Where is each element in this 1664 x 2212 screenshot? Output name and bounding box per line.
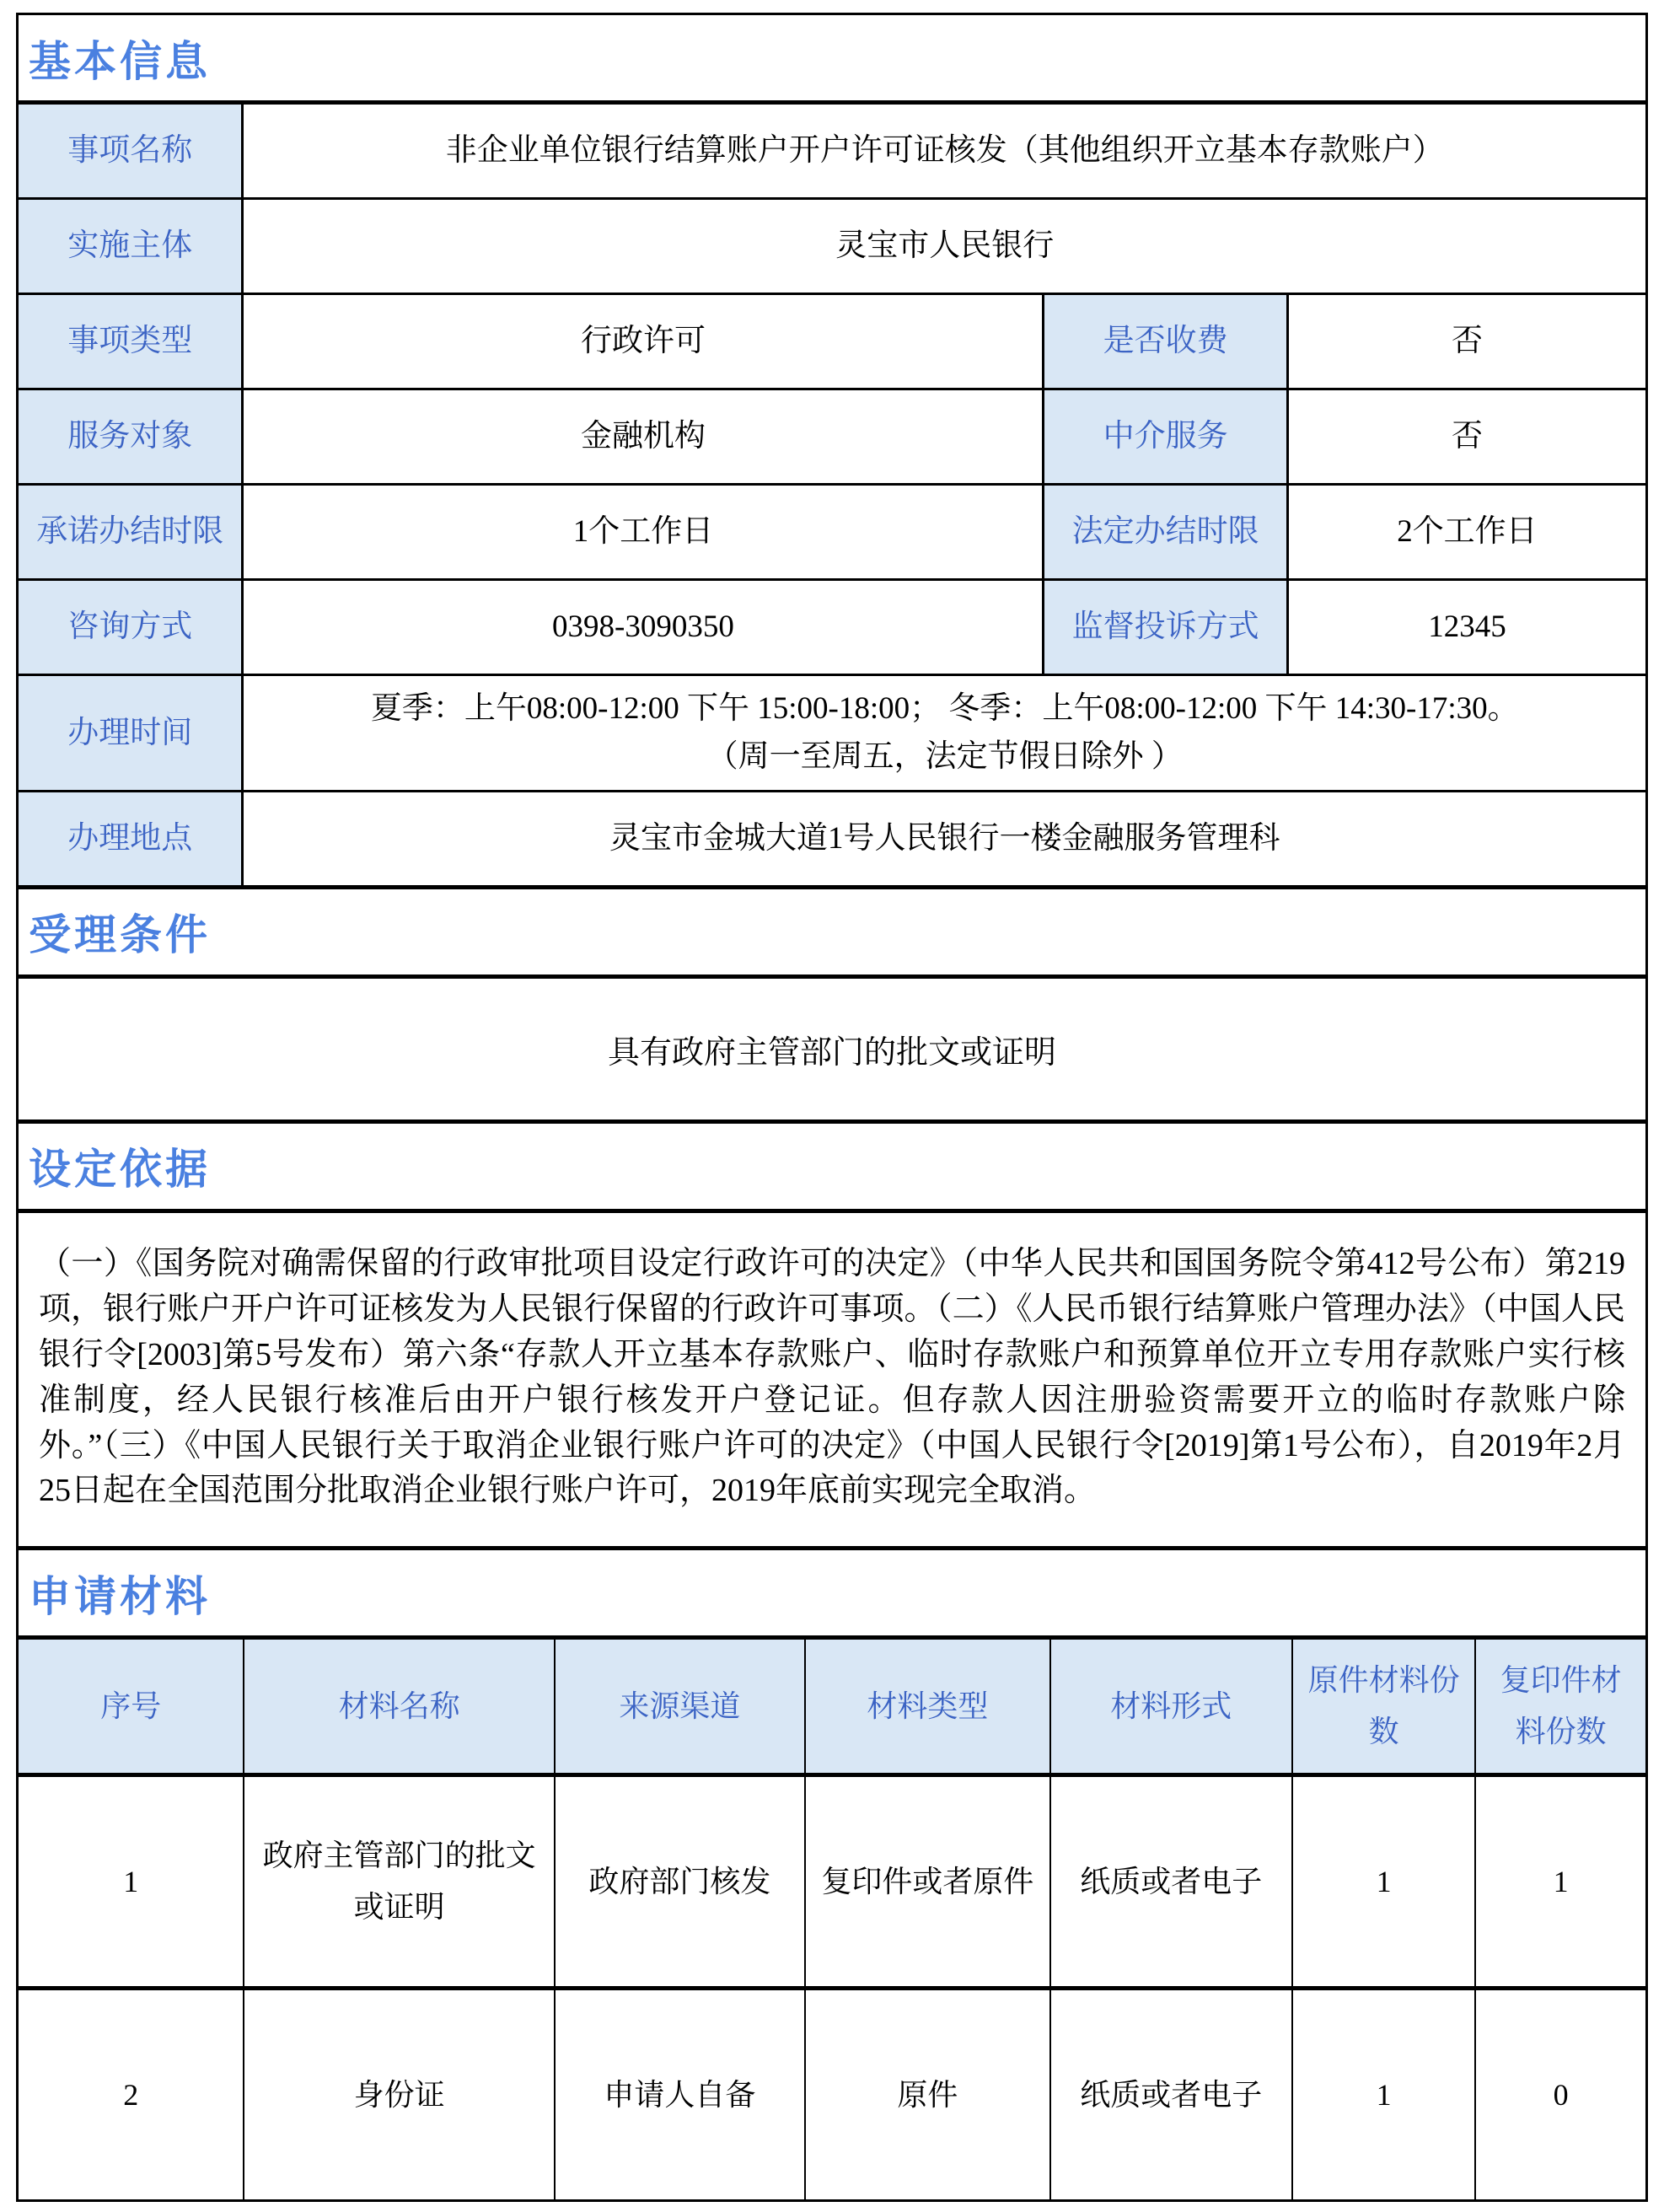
fee-label: 是否收费 xyxy=(1044,295,1289,388)
material-2-duplicate-copies: 0 xyxy=(1476,1990,1645,2199)
intermediary-service-label: 中介服务 xyxy=(1044,390,1289,483)
material-2-source: 申请人自备 xyxy=(556,1990,806,2199)
row-contact: 咨询方式 0398-3090350 监督投诉方式 12345 xyxy=(19,581,1645,676)
materials-title: 申请材料 xyxy=(29,1563,211,1624)
section-heading-basic-info: 基本信息 xyxy=(19,15,1645,105)
material-1-type: 复印件或者原件 xyxy=(806,1777,1050,1986)
service-target-label: 服务对象 xyxy=(19,390,244,483)
implementer-value: 灵宝市人民银行 xyxy=(244,200,1645,293)
fee-value: 否 xyxy=(1289,295,1645,388)
basis-content: （一）《国务院对确需保留的行政审批项目设定行政许可的决定》（中华人民共和国国务院… xyxy=(19,1213,1645,1551)
material-2-type: 原件 xyxy=(806,1990,1050,2199)
statutory-time-label: 法定办结时限 xyxy=(1044,486,1289,578)
item-name-value: 非企业单位银行结算账户开户许可证核发（其他组织开立基本存款账户） xyxy=(244,105,1645,197)
statutory-time-value: 2个工作日 xyxy=(1289,486,1645,578)
item-type-value: 行政许可 xyxy=(244,295,1044,388)
row-time-limits: 承诺办结时限 1个工作日 法定办结时限 2个工作日 xyxy=(19,486,1645,581)
implementer-label: 实施主体 xyxy=(19,200,244,293)
material-1-duplicate-copies: 1 xyxy=(1476,1777,1645,1986)
office-hours-label: 办理时间 xyxy=(19,676,244,790)
promised-time-value: 1个工作日 xyxy=(244,486,1044,578)
acceptance-title: 受理条件 xyxy=(29,901,211,962)
material-1-name: 政府主管部门的批文或证明 xyxy=(244,1777,555,1986)
section-heading-basis: 设定依据 xyxy=(19,1124,1645,1213)
materials-header-type: 材料类型 xyxy=(806,1640,1050,1773)
office-hours-line2: （周一至周五，法定节假日除外 ） xyxy=(707,733,1183,781)
acceptance-content: 具有政府主管部门的批文或证明 xyxy=(19,979,1645,1124)
section-heading-materials: 申请材料 xyxy=(19,1550,1645,1640)
item-name-label: 事项名称 xyxy=(19,105,244,197)
item-type-label: 事项类型 xyxy=(19,295,244,388)
service-info-document: 基本信息 事项名称 非企业单位银行结算账户开户许可证核发（其他组织开立基本存款账… xyxy=(16,13,1648,2202)
material-1-original-copies: 1 xyxy=(1293,1777,1477,1986)
material-1-index: 1 xyxy=(19,1777,244,1986)
material-2-original-copies: 1 xyxy=(1293,1990,1477,2199)
section-heading-acceptance: 受理条件 xyxy=(19,889,1645,979)
basic-info-title: 基本信息 xyxy=(29,28,211,89)
service-target-value: 金融机构 xyxy=(244,390,1044,483)
material-2-form: 纸质或者电子 xyxy=(1051,1990,1293,2199)
materials-header-duplicate-copies: 复印件材料份数 xyxy=(1476,1640,1645,1773)
materials-header-source: 来源渠道 xyxy=(556,1640,806,1773)
materials-header-row: 序号 材料名称 来源渠道 材料类型 材料形式 原件材料份数 复印件材料份数 xyxy=(19,1640,1645,1777)
material-row-2: 2 身份证 申请人自备 原件 纸质或者电子 1 0 xyxy=(19,1990,1645,2199)
consult-phone-label: 咨询方式 xyxy=(19,581,244,674)
row-office-hours: 办理时间 夏季：上午08:00-12:00 下午 15:00-18:00； 冬季… xyxy=(19,676,1645,792)
office-hours-value: 夏季：上午08:00-12:00 下午 15:00-18:00； 冬季：上午08… xyxy=(244,676,1645,790)
basis-title: 设定依据 xyxy=(29,1136,211,1196)
material-1-form: 纸质或者电子 xyxy=(1051,1777,1293,1986)
row-implementer: 实施主体 灵宝市人民银行 xyxy=(19,200,1645,295)
materials-header-form: 材料形式 xyxy=(1051,1640,1293,1773)
complaint-label: 监督投诉方式 xyxy=(1044,581,1289,674)
promised-time-label: 承诺办结时限 xyxy=(19,486,244,578)
material-row-1: 1 政府主管部门的批文或证明 政府部门核发 复印件或者原件 纸质或者电子 1 1 xyxy=(19,1777,1645,1990)
office-location-value: 灵宝市金城大道1号人民银行一楼金融服务管理科 xyxy=(244,792,1645,885)
intermediary-service-value: 否 xyxy=(1289,390,1645,483)
row-office-location: 办理地点 灵宝市金城大道1号人民银行一楼金融服务管理科 xyxy=(19,792,1645,889)
consult-phone-value: 0398-3090350 xyxy=(244,581,1044,674)
office-hours-line1: 夏季：上午08:00-12:00 下午 15:00-18:00； 冬季：上午08… xyxy=(371,685,1519,733)
materials-header-name: 材料名称 xyxy=(244,1640,555,1773)
material-2-index: 2 xyxy=(19,1990,244,2199)
office-location-label: 办理地点 xyxy=(19,792,244,885)
row-item-name: 事项名称 非企业单位银行结算账户开户许可证核发（其他组织开立基本存款账户） xyxy=(19,105,1645,200)
material-2-name: 身份证 xyxy=(244,1990,555,2199)
materials-header-index: 序号 xyxy=(19,1640,244,1773)
complaint-value: 12345 xyxy=(1289,581,1645,674)
material-1-source: 政府部门核发 xyxy=(556,1777,806,1986)
row-service-target: 服务对象 金融机构 中介服务 否 xyxy=(19,390,1645,486)
row-type-and-fee: 事项类型 行政许可 是否收费 否 xyxy=(19,295,1645,390)
materials-header-original-copies: 原件材料份数 xyxy=(1293,1640,1477,1773)
